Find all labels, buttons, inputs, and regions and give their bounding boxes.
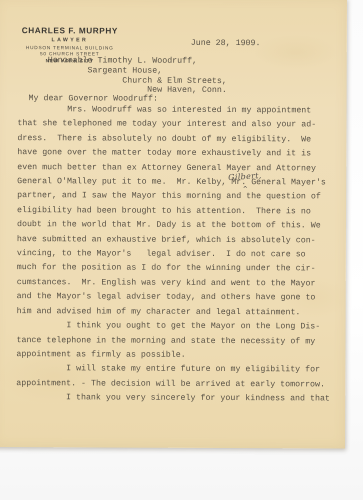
- scan-background: CHARLES F. MURPHY LAWYER HUDSON TERMINAL…: [0, 0, 363, 500]
- text-line: and the Mayor's legal adviser today, and…: [17, 290, 331, 306]
- letterhead-name: CHARLES F. MURPHY: [18, 26, 122, 35]
- text-line: Honorable Timothy L. Woodruff,: [48, 56, 227, 67]
- letter-paper: CHARLES F. MURPHY LAWYER HUDSON TERMINAL…: [0, 0, 347, 449]
- text-line: I will stake my entire future on my elig…: [16, 362, 330, 378]
- text-line: appointment. - The decision will be arri…: [16, 377, 330, 393]
- text-line: Sargeant House,: [48, 66, 227, 77]
- text-line: doubt in the world that Mr. Dady is at t…: [17, 218, 331, 234]
- letterhead-title: LAWYER: [18, 37, 122, 43]
- insertion-caret-icon: ^: [243, 185, 247, 193]
- text-line: tance telephone in the morning and state…: [16, 334, 330, 350]
- text-line: eligibility had been brought to his atte…: [17, 204, 331, 220]
- text-line: much for the position as I do for the wi…: [17, 262, 331, 278]
- text-line: even much better than ex Attorney Genera…: [17, 161, 331, 177]
- text-line: I think you ought to get the Mayor on th…: [17, 319, 331, 335]
- text-line: have submitted an exhaustive brief, whic…: [17, 233, 331, 249]
- letter-date: June 28, 1909.: [191, 39, 261, 49]
- text-line: have gone over the matter today more exh…: [17, 146, 331, 162]
- text-line: that she telephoned me today your intere…: [17, 118, 331, 134]
- letterhead-building: HUDSON TERMINAL BUILDING: [18, 45, 122, 50]
- text-line: appointment as firmly as possible.: [16, 348, 330, 364]
- text-line: Mrs. Woodruff was so interested in my ap…: [17, 103, 331, 119]
- text-line: General O'Malley put it to me. Mr. Kelby…: [17, 175, 331, 191]
- recipient-address: Honorable Timothy L. Woodruff, Sargeant …: [48, 56, 227, 96]
- text-line: him and advised him of my character and …: [17, 305, 331, 321]
- text-line: I thank you very sincerely for your kind…: [16, 391, 330, 407]
- text-line: cumstances. Mr. English was very kind an…: [17, 276, 331, 292]
- text-line: partner, and I saw the Mayor this mornin…: [17, 190, 331, 206]
- text-line: vincing, to the Mayor's legal adviser. I…: [17, 247, 331, 263]
- letter-body: Mrs. Woodruff was so interested in my ap…: [16, 103, 331, 407]
- text-line: dress. There is absolutely no doubt of m…: [17, 132, 331, 148]
